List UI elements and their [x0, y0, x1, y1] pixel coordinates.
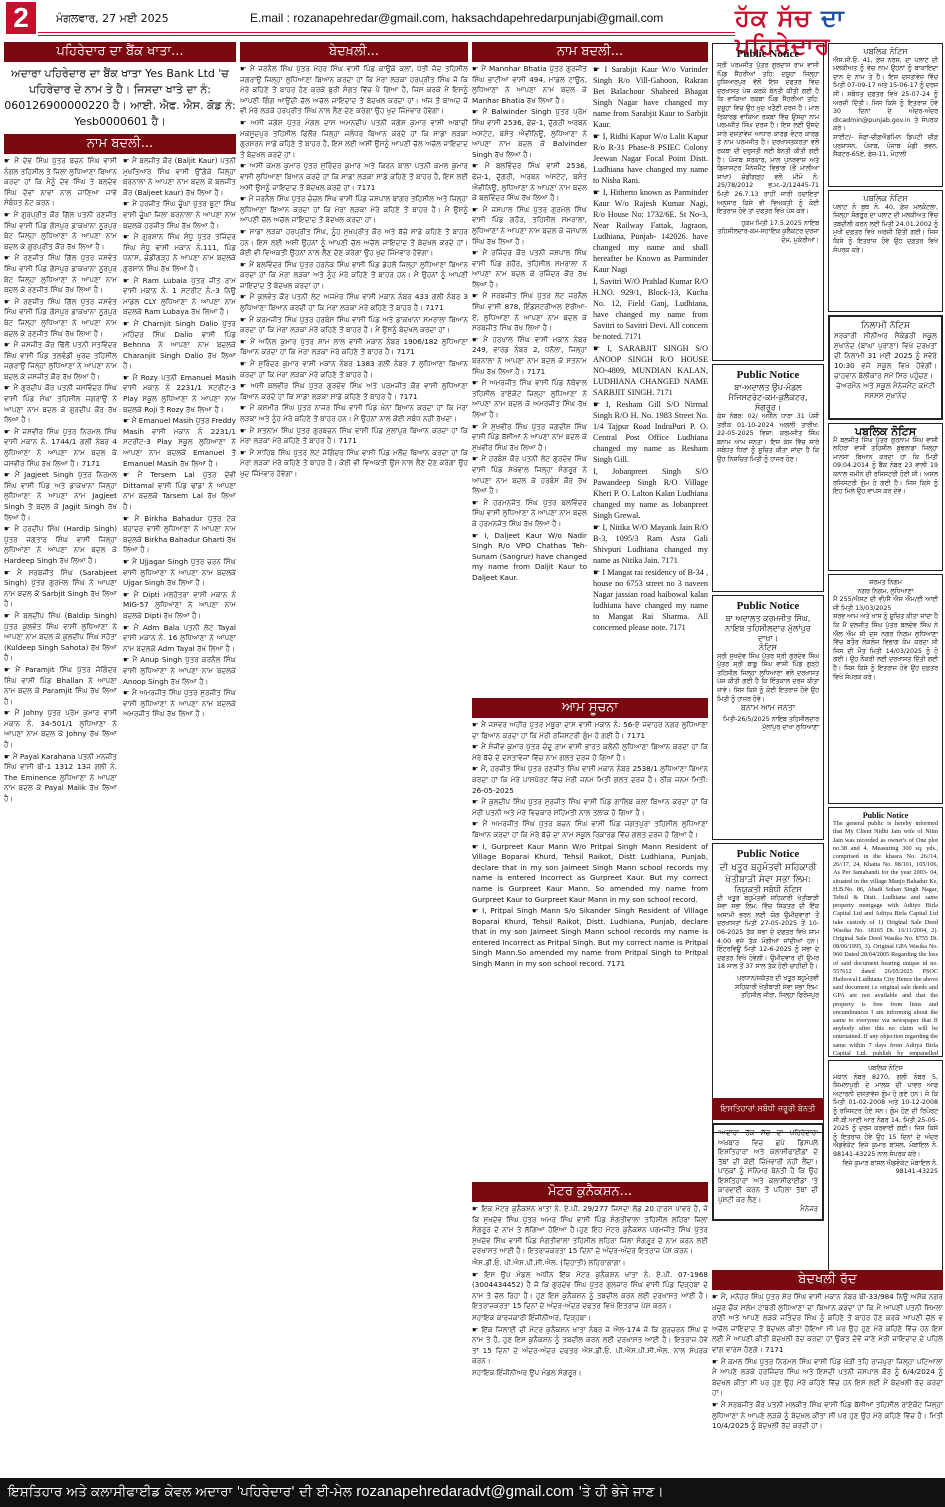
public-notice-2: Public Notice ਬਾ-ਅਦਾਲਤ ਉਪ-ਮੰਡਲ ਮੈਜਿਸਟਰੇਟ…: [712, 364, 824, 592]
classified-item: ☛ I, Pritpal Singh Mann S/o Sikander Sin…: [472, 906, 708, 970]
notice-subtitle: ਬਾ ਅਦਾਲਤ ਕਰਮਜੀਤ ਸਿੰਘ, ਨਾਇਬ ਤਹਿਸੀਲਦਾਰ ਮੁੱ…: [717, 614, 819, 644]
classified-item: ☛ ਮੈਂ ਹਰਪਾਲ ਸਿੰਘ ਵਾਸੀ ਮਕਾਨ ਨੰਬਰ 249, ਵਾਰ…: [472, 335, 587, 377]
column-name-change: ਪਹਿਰੇਦਾਰ ਦਾ ਬੈਂਕ ਖਾਤਾ... ਅਦਾਰਾ ਪਹਿਰੇਦਾਰ …: [4, 40, 236, 1476]
column-public-notices: Public Notice ਸ੍ਰੀ ਪਰਮਜੀਤ ਪੁੱਤਰ ਗੁਰਦਾਸ ਰ…: [712, 40, 824, 1220]
motor-connection-heading: ਮੋਟਰ ਕੁਨੈਕਸ਼ਨ...: [472, 1182, 708, 1202]
notice-subheading: ਨਿਯੁਕਤੀ ਸਬੰਧੀ ਨੋਟਿਸ: [717, 886, 819, 895]
classified-item: ☛ ਮੈਂ Emanuel Masih ਪੁੱਤਰ Freddy Masih ਵ…: [123, 416, 236, 469]
classified-item: ☛ ਮੈਂ ਸੁਰਿੰਦਰ ਕੁਮਾਰ ਵਾਸੀ ਮਕਾਨ ਨੰਬਰ 1383 …: [240, 359, 468, 380]
classified-item: ☛ ਮੈਂ Jagjeet Singh ਪੁੱਤਰ ਨਿਰਮਲ ਸਿੰਘ ਵਾਸ…: [4, 470, 117, 523]
disownment-list: ☛ ਮੈਂ ਜਰਨੈਲ ਸਿੰਘ ਪੁੱਤਰ ਮੇਹਰ ਸਿੰਘ ਵਾਸੀ ਪਿ…: [240, 64, 468, 480]
classified-item: ☛ ਮੈਂ ਰਜਿੰਦਰ ਕੌਰ ਪਤਨੀ ਜਸਪਾਲ ਸਿੰਘ ਵਾਸੀ ਪਿ…: [472, 248, 587, 290]
classified-item: ☛ ਮੈਂ ਜਰਨੈਲ ਸਿੰਘ ਪੁੱਤਰ ਚੰਚਲ ਸਿੰਘ ਵਾਸੀ ਪਿ…: [240, 194, 468, 226]
classified-item: ☛ ਮੈਂ ਹਰਦੀਪ ਸਿੰਘ (Hardip Singh) ਪੁੱਤਰ ਜਗ…: [4, 524, 117, 566]
classified-item: ☛ ਮੈਂ ਗੁਰਪ੍ਰੀਤ ਕੌਰ ਗਿੱਲ ਪਤਨੀ ਰਣਜੀਤ ਸਿੰਘ …: [4, 210, 117, 252]
classified-item: ☛ ਮੈਂ ਜਸਵੀਰ ਸਿੰਘ ਪੁੱਤਰ ਨਿਰਮਲ ਸਿੰਘ ਵਾਸੀ ਮ…: [4, 427, 117, 469]
classified-item: ☛ I, Hitherto known as Parminder Kaur W/…: [593, 187, 708, 275]
name-change-list-english: ☛ I Sarabjit Kaur W/o Varinder Singh R/o…: [593, 64, 708, 696]
classified-item: ☛ ਮੈਂ ਰਣਜੀਤ ਸਿੰਘ ਗਿੱਲ ਪੁੱਤਰ ਜਸਵੰਤ ਸਿੰਘ ਵ…: [4, 297, 117, 339]
name-change-list-left: ☛ ਮੈਂ ਦੇਵ ਸਿੰਘ ਪੁੱਤਰ ਬਚਨ ਸਿੰਘ ਵਾਸੀ ਨੰਗਲ …: [4, 156, 117, 806]
classified-item: ☛ ਮੈਂ, ਹਰਜੀਤ ਸਿੰਘ ਪੁੱਤਰ ਰਣਜੀਤ ਸਿੰਘ ਵਾਸੀ …: [472, 764, 708, 796]
notice-body: ਮੈਂ ਬਲਜੀਤ ਸਿੰਘ ਪੁੱਤਰ ਗੁਰਨਾਮ ਸਿੰਘ ਵਾਸੀ ਲਹ…: [833, 437, 938, 497]
classified-item: ☛ ਮੈਂ ਕੁਲਦੀਪ ਸਿੰਘ ਪੁੱਤਰ ਸੁਰਜੀਤ ਸਿੰਘ ਵਾਸੀ…: [472, 797, 708, 818]
bank-account-heading: ਪਹਿਰੇਦਾਰ ਦਾ ਬੈਂਕ ਖਾਤਾ...: [4, 42, 236, 62]
classified-item: ਐਸ.ਡੀ.ਓ. ਪੀ.ਐਸ.ਪੀ.ਸੀ.ਐਲ. (ਦਿਹਾਤੀ) ਲਹਿਰਾਗ…: [472, 1258, 708, 1269]
classified-item: ☛ ਮੈਂ ਬਲਦੀਪ ਸਿੰਘ (Baldip Singh) ਪੁੱਤਰ ਕੁ…: [4, 611, 117, 664]
classified-item: ☛ ਮੈਂ ਸਰਬਜੀਤ ਕੌਰ ਪਤਨੀ ਮਲਕੀਤ ਸਿੰਘ ਵਾਸੀ ਪਿ…: [712, 1400, 943, 1432]
notice-body: ਦੀ ਖਤੂਰ ਬਹੁਮੰਤਵੀ ਸਹਿਕਾਰੀ ਖੇਤੀਬਾੜੀ ਸੇਵਾ ਸ…: [717, 895, 819, 972]
disownment-cancel-heading: ਬੇਦਖਲੀ ਰੱਦ: [712, 1270, 943, 1290]
notice-title: Public Notice: [833, 812, 938, 820]
classified-item: ☛ ਮੈਂ ਗੁਰਦੀਪ ਕੌਰ ਪਤਨੀ ਜਸਵਿੰਦਰ ਸਿੰਘ ਵਾਸੀ …: [4, 383, 117, 425]
classified-item: I, Savitri W/O Prahlad Kumar R/O H.NO. 9…: [593, 276, 708, 342]
disownment-cancel-list: ☛ ਮੈਂ, ਮਨੋਹਰ ਸਿੰਘ ਪੁੱਤਰ ਸ਼ੇਰ ਸਿੰਘ ਵਾਸੀ ਮ…: [712, 1292, 943, 1432]
classified-item: ☛ ਮੈਂ ਜਸਵਰ ਅਹੀਰ ਪੁੱਤਰ ਮਥੂਰਾ ਦਾਸ ਵਾਸੀ ਮਕਾ…: [472, 720, 708, 741]
notice-title: Public Notice: [717, 48, 819, 60]
classified-item: ☛ I, Nitika W/O Mayank Jain R/O B-3, 109…: [593, 522, 708, 566]
logo-part-2: ਦਾ: [821, 4, 845, 32]
column-notices-right: ਪਬਲਿਕ ਨੋਟਿਸ ਐਸ.ਸੀ.ਓ. 41, ਫ਼ੇਜ਼ ਨਰਸ, ਦਾ ਪ…: [828, 40, 943, 1280]
header-rule: [38, 32, 735, 36]
notice-body: ਸ੍ਰੀ ਪਰਮਜੀਤ ਪੁੱਤਰ ਗੁਰਦਾਸ ਰਾਮ ਵਾਸੀ ਪਿੰਡ ਸ…: [717, 62, 819, 217]
classified-item: ☛ ਮੈਂ ਅਮਰਜੀਤ ਸਿੰਘ ਵਾਸੀ ਪਿੰਡ ਨੱਥੋਵਾਲ ਤਹਿਸ…: [472, 378, 587, 420]
request-signature: ਮੈਨੇਜਰ: [718, 1205, 818, 1215]
masthead: 2 ਮੰਗਲਵਾਰ, 27 ਮਈ 2025 E.mail : rozanapeh…: [0, 0, 945, 38]
notice-body: ਮਕਾਨ ਨੰਬਰ 8270, ਗਲੀ ਨੰਬਰ 5, ਸ਼ਿਮਲਾਪੁਰੀ ਦ…: [833, 1074, 938, 1160]
notice-subtitle: ਦੀ ਖਤੂਰ ਬਹੁਮੰਤਵੀ ਸਹਿਕਾਰੀ ਖੇਤੀਬਾੜੀ ਸੇਵਾ ਸ…: [717, 862, 819, 886]
name-change-heading: ਨਾਮ ਬਦਲੀ...: [4, 134, 236, 154]
classified-item: ☛ ਮੈਂ Dipti ਮਲਹੋਤਰਾ ਵਾਸੀ ਮਕਾਨ ਨੰ MIG-57 …: [123, 590, 236, 622]
notice-body: The general public is hereby informed th…: [833, 820, 938, 1057]
classified-item: ਸਹਾਇਕ ਕਾਰਜਕਾਰੀ ਇੰਜੀਨੀਅਰ, ਦਿੜ੍ਹਬਾ।: [472, 1313, 708, 1324]
general-notice-heading: ਆਮ ਸੂਚਨਾ: [472, 698, 708, 718]
notice-title: Public Notice: [717, 848, 819, 860]
auction-notice: ਨਿਲਾਮੀ ਨੋਟਿਸ ਸਰਕਾਰੀ ਸੀਨੀਅਰ ਸੈਕੰਡਰੀ ਸਕੂਲ …: [828, 315, 943, 420]
notice-body: ਕੇਸ ਨੰਬਰ: 02/ ਅਧੀਨ ਧਾਰਾ 31 ਪੇਸ਼ੀ ਤਰੀਕ 01…: [717, 413, 819, 465]
classified-item: ☛ I, Ridhi Kapur W/o Lalit Kapur R/o R-3…: [593, 131, 708, 186]
classified-item: ☛ ਮੈਂ ਦੇਵ ਸਿੰਘ ਪੁੱਤਰ ਬਚਨ ਸਿੰਘ ਵਾਸੀ ਨੰਗਲ …: [4, 156, 117, 209]
classified-item: ☛ ਮੈਂ ਹਰਜੀਤ ਸਿੰਘ ਚੂੰਘਾ ਪੁੱਤਰ ਬੂਟਾ ਸਿੰਘ ਵ…: [123, 199, 236, 231]
classified-item: ☛ I, Resham Gill S/O Nirmal Singh R/O H.…: [593, 399, 708, 465]
footer-text-end: 'ਤੇ ਹੀ ਭੇਜੇ ਜਾਣ।: [578, 1484, 663, 1500]
classified-item: ☛ ਮੈਂ Adm Bala ਪਤਨੀ ਲੇਟ Tayal ਵਾਸੀ ਮਕਾਨ …: [123, 623, 236, 655]
name-change-heading-2: ਨਾਮ ਬਦਲੀ...: [472, 42, 708, 62]
classified-item: ☛ ਮੈਂ ਕਮਲ ਸਿੰਘ ਪੁੱਤਰ ਨਿਰਮਲ ਸਿੰਘ ਵਾਸੀ ਪਿੰ…: [712, 1357, 943, 1399]
classified-item: ☛ I, SARABJIT SINGH S/O ANOOP SINGH R/O …: [593, 343, 708, 398]
classified-item: ☛ ਅਸੀਂ ਜਗੇਸ਼ ਪੁੱਤਰ ਮੰਗਲ ਦਾਸ ਅਮਨਦੀਪ ਪਤਨੀ …: [240, 118, 468, 160]
classified-item: ☛ ਮੈਂ Mannhar Bhatia ਪੁੱਤਰ ਗੁਰਜੀਤ ਸਿੰਘ ਭ…: [472, 64, 587, 106]
notice-title: ਨਿਲਾਮੀ ਨੋਟਿਸ: [834, 321, 937, 331]
classified-item: ☛ ਮੈਂ Payal Karahana ਪਤਨੀ ਮਨਜੀਤ ਸਿੰਘ ਵਾਸ…: [4, 752, 117, 805]
general-notice-list: ☛ ਮੈਂ ਜਸਵਰ ਅਹੀਰ ਪੁੱਤਰ ਮਥੂਰਾ ਦਾਸ ਵਾਸੀ ਮਕਾ…: [472, 720, 708, 1180]
public-notice-8: ਪਬਲਿਕ ਨੋਟਿਸ ਮਕਾਨ ਨੰਬਰ 8270, ਗਲੀ ਨੰਬਰ 5, …: [828, 1060, 943, 1278]
classified-item: ☛ ਮੈਂ ਗੁਰਸ਼ਾਨ ਸਿੰਘ ਸੰਧੂ ਪੁੱਤਰ ਤਜਿੰਦਰ ਸਿੰ…: [123, 232, 236, 274]
name-change-list-punjabi: ☛ ਮੈਂ Mannhar Bhatia ਪੁੱਤਰ ਗੁਰਜੀਤ ਸਿੰਘ ਭ…: [472, 64, 587, 696]
classified-item: ☛ ਮੈਂ ਹਰਮਨਜੋਤ ਸਿੰਘ ਪੁੱਤਰ ਬਲਵਿੰਦਰ ਸਿੰਘ ਵਾ…: [472, 498, 587, 530]
footer-banner: ਇਸ਼ਤਿਹਾਰ ਅਤੇ ਕਲਾਸੀਫਾਈਡ ਕੇਵਲ ਅਦਾਰਾ 'ਪਹਿਰੇ…: [0, 1478, 945, 1507]
column-name-change-2: ਨਾਮ ਬਦਲੀ... ☛ ਮੈਂ Mannhar Bhatia ਪੁੱਤਰ ਗ…: [472, 40, 708, 1476]
classified-item: ☛ ਮੈਂ ਅਮਰਜੀਤ ਸਿੰਘ ਪੁੱਤਰ ਬਚਨ ਸਿੰਘ ਵਾਸੀ ਪਿ…: [472, 819, 708, 840]
bank-account-text: ਅਦਾਰਾ ਪਹਿਰੇਦਾਰ ਦਾ ਬੈਂਕ ਖਾਤਾ Yes Bank Ltd…: [4, 64, 236, 132]
advert-request-body: 'ਅਦਾਰਾ ਹੱਕ ਸੱਚ ਦਾ ਪਹਿਰੇਦਾਰ' ਅਖ਼ਬਾਰ ਵਿਚ ਛ…: [712, 1123, 824, 1221]
notice-subtitle: ਨਗਰ ਨਿਗਮ, ਲੁਧਿਆਣਾ: [833, 588, 938, 597]
classified-item: ☛ ਮੈਂ ਕਸ਼ਮੀਰ ਸਿੰਘ ਪੁੱਤਰ ਨਾਜਰ ਸਿੰਘ ਵਾਸੀ ਪ…: [240, 403, 468, 424]
classified-item: ☛ ਮੈਂ Rozy ਪਤਨੀ Emanuel Masih ਵਾਸੀ ਮਕਾਨ …: [123, 373, 236, 415]
logo-part-1: ਹੱਕ ਸੱਚ: [735, 4, 812, 32]
public-notice-1: Public Notice ਸ੍ਰੀ ਪਰਮਜੀਤ ਪੁੱਤਰ ਗੁਰਦਾਸ ਰ…: [712, 43, 824, 361]
classified-item: ☛ ਮੈਂ ਸੰਜੀਵ ਕੁਮਾਰ ਪੁੱਤਰ ਚੰਦੂ ਰਾਮ ਵਾਸੀ ਭਾ…: [472, 742, 708, 763]
notice-footer: ਸਾਈਟ/- ਸੋਫ਼ਾ-ਚੀਫ਼ਐਡਮਿਨ ਡਿਪਟੀ ਚੀਫ਼ ਪ੍ਰਸ਼ਾ…: [833, 134, 938, 160]
disownment-cancel-section: ਬੇਦਖਲੀ ਰੱਦ ☛ ਮੈਂ, ਮਨੋਹਰ ਸਿੰਘ ਪੁੱਤਰ ਸ਼ੇਰ …: [712, 1268, 943, 1476]
advert-request-box: ਇਸ਼ਤਿਹਾਰਾਂ ਸਬੰਧੀ ਜ਼ਰੂਰੀ ਬੇਨਤੀ 'ਅਦਾਰਾ ਹੱਕ…: [712, 1096, 824, 1266]
classified-item: ☛ ਅਸੀਂ ਕਮਲ ਕੁਮਾਰ ਪੁੱਤਰ ਸੁਰਿੰਦਰ ਕੁਮਾਰ ਅਤੇ…: [240, 161, 468, 193]
column-disownment: ਬੇਦਖ਼ਲੀ... ☛ ਮੈਂ ਜਰਨੈਲ ਸਿੰਘ ਪੁੱਤਰ ਮੇਹਰ ਸ…: [240, 40, 468, 1476]
public-notice-4: Public Notice ਦੀ ਖਤੂਰ ਬਹੁਮੰਤਵੀ ਸਹਿਕਾਰੀ ਖ…: [712, 843, 824, 1133]
municipal-notice: ਸ਼ਰਮਤ ਨਿਗਮ ਨਗਰ ਨਿਗਮ, ਲੁਧਿਆਣਾ ਮੈਂ 255/ਐਸਟ…: [828, 574, 943, 804]
notice-footer: ਮਿਤੀ-26/5/2025 ਨਾਇਬ ਤਹਿਸੀਲਦਾਰ ਮੁੱਲਾਂਪੁਰ …: [717, 716, 819, 733]
classified-item: ☛ I, Gurpreet Kaur Mann W/o Pritpal Sing…: [472, 842, 708, 906]
notice-body: ਸਰਵ ਆਮ ਅਤੇ ਖਾਸ ਨੂੰ ਸੂਚਿਤ ਕੀਤਾ ਜਾਂਦਾ ਹੈ ਕ…: [833, 613, 938, 682]
classified-item: ☛ ਮੈਂ ਜਸਪਾਲ ਸਿੰਘ ਪੁੱਤਰ ਗੁਰਮੇਲ ਸਿੰਘ ਵਾਸੀ …: [472, 205, 587, 247]
notice-title: ਪਬਲਿਕ ਨੋਟਿਸ: [833, 195, 938, 204]
footer-text: ਇਸ਼ਤਿਹਾਰ ਅਤੇ ਕਲਾਸੀਫਾਈਡ ਕੇਵਲ ਅਦਾਰਾ 'ਪਹਿਰੇ…: [8, 1484, 352, 1500]
notice-footer: ਚੇਅਰਮੈਨ ਅਤੇ ਸਕੂਲ ਮੈਨੇਜਮੈਂਟ ਕਮੇਟੀ ਸਸਸਸ ਸੁ…: [834, 381, 937, 401]
classified-item: ☛ ਮੈਂ ਬਲਜੀਤ ਕੌਰ (Baljit Kaur) ਪਤਨੀ ਮੁਖਤਿ…: [123, 156, 236, 198]
classified-item: ☛ ਮੈਂ ਬਲਵਿੰਦਰ ਸਿੰਘ ਵਾਸੀ 2536, ਫੇਜ਼-1, ਦੁ…: [472, 161, 587, 203]
notice-body: ਐਸ.ਸੀ.ਓ. 41, ਫ਼ੇਜ਼ ਨਰਸ, ਦਾ ਪਲਾਟ ਦੀ ਮਲਕੀਅ…: [833, 57, 938, 134]
public-notice-english: Public Notice The general public is here…: [828, 807, 943, 1057]
name-change-list-right: ☛ ਮੈਂ ਬਲਜੀਤ ਕੌਰ (Baljit Kaur) ਪਤਨੀ ਮੁਖਤਿ…: [123, 156, 236, 806]
notice-title: Public Notice: [717, 600, 819, 612]
public-notice-6: ਪਬਲਿਕ ਨੋਟਿਸ ਪਲਾਟ ਨੰ ਬੁਥ ਨੰ. 40, ਫ਼ੇਜ਼ ਮਲ…: [828, 190, 943, 312]
classified-item: ☛ ਇਸ ਉਪ ਮੰਡਲ ਅਧੀਨ ਇੱਕ ਮੋਟਰ ਕੁਨੈਕਸ਼ਨ ਖਾਤਾ…: [472, 1270, 708, 1312]
classified-item: ☛ ਮੈਂ Anup Singh ਪੁੱਤਰ ਕਰਨੈਲ ਸਿੰਘ ਵਾਸੀ ਲ…: [123, 655, 236, 687]
request-text: 'ਅਦਾਰਾ ਹੱਕ ਸੱਚ ਦਾ ਪਹਿਰੇਦਾਰ' ਅਖ਼ਬਾਰ ਵਿਚ ਛ…: [718, 1129, 818, 1205]
classified-item: ☛ ਮੈਂ ਜਸਜੀਤ ਕੌਰ ਢਿੱਲੋਂ ਪਤਨੀ ਸਤਵਿੰਦਰ ਸਿੰਘ…: [4, 340, 117, 382]
classified-item: ☛ ਮੈਂ Ram Lubaia ਪੁੱਤਰ ਜੀਤ ਰਾਮ ਵਾਸੀ ਮਕਾਨ…: [123, 276, 236, 318]
notice-title: Public Notice: [717, 369, 819, 381]
classified-item: ☛ ਮੈਂ Ujjagar Singh ਪੁੱਤਰ ਚਰਨ ਸਿੰਘ ਵਾਸੀ …: [123, 557, 236, 589]
classified-item: ☛ I Sarabjit Kaur W/o Varinder Singh R/o…: [593, 64, 708, 130]
classified-item: ☛ ਇੱਕ ਜਿਲਾਈ ਦੀ ਮੋਟਰ ਕੁਨੈਕਸ਼ਨ ਖਾਤਾ ਨੰਬਰ ਜ…: [472, 1325, 708, 1367]
notice-title: ਸ਼ਰਮਤ ਨਿਗਮ: [833, 579, 938, 588]
notice-subheading: ਨੋਟਿਸ: [717, 644, 819, 653]
notice-title: ਪਬਲਿਕ ਨੋਟਿਸ: [833, 428, 938, 437]
disownment-heading: ਬੇਦਖ਼ਲੀ...: [240, 42, 468, 62]
classified-item: ☛ ਅਸੀਂ ਬਲਵੀਰ ਸਿੰਘ ਪੁੱਤਰ ਗੁਰਦੇਵ ਸਿੰਘ ਅਤੇ …: [240, 381, 468, 402]
notice-footer: ਹੁਕਮ ਮਿਤੀ 17.5.2025 ਨਾਇਬ ਤਹਿਸੀਲਦਾਰ-ਕਮ-ਸਹ…: [717, 220, 819, 246]
classified-item: ☛ ਮੈਂ ਕੁਲਵੰਤ ਕੌਰ ਪਤਨੀ ਲੇਟ ਅਜਮੇਰ ਸਿੰਘ ਵਾਸ…: [240, 292, 468, 313]
classified-item: ☛ ਮੈਂ ਸਤਨਾਮ ਸਿੰਘ ਪੁੱਤਰ ਗੁਰਬਚਨ ਸਿੰਘ ਵਾਸੀ …: [240, 426, 468, 447]
classified-item: ☛ ਮੈਂ Paramjit ਸਿੰਘ ਪੁੱਤਰ ਜੋਗਿੰਦਰ ਸਿੰਘ ਵ…: [4, 665, 117, 707]
notice-body: ਸ੍ਰੀ ਸੁਖਦੇਵ ਸਿੰਘ ਪੁੱਤਰ ਸ੍ਰੀ ਗੁਰਦੇਵ ਸਿੰਘ …: [717, 653, 819, 705]
public-notice-5: ਪਬਲਿਕ ਨੋਟਿਸ ਐਸ.ਸੀ.ਓ. 41, ਫ਼ੇਜ਼ ਨਰਸ, ਦਾ ਪ…: [828, 43, 943, 187]
classified-item: ☛ ਮੈਂ ਜਰਨੈਲ ਸਿੰਘ ਪੁੱਤਰ ਮੇਹਰ ਸਿੰਘ ਵਾਸੀ ਪਿ…: [240, 64, 468, 117]
classified-item: ☛ ਮੈਂ ਸਰਬਜੀਤ ਸਿੰਘ ਪੁੱਤਰ ਲੇਟ ਜਰਨੈਲ ਸਿੰਘ ਵ…: [472, 291, 587, 333]
notice-title: ਪਬਲਿਕ ਨੋਟਿਸ: [833, 48, 938, 57]
classified-item: ☛ ਮੈਂ ਸੁਖਵੀਰ ਸਿੰਘ ਪੁੱਤਰ ਜਗਦੀਸ਼ ਸਿੰਘ ਵਾਸੀ…: [472, 422, 587, 454]
footer-email-link[interactable]: rozanapehredaradvt@gmail.com: [356, 1483, 574, 1500]
motor-connection-list: ☛ ਇਕ ਮੋਟਰ ਕੁਨੈਕਸ਼ਨ ਖਾਤਾ ਨੰ. ਏ.ਪੀ. 29/277…: [472, 1204, 708, 1379]
classified-item: ☛ ਮੈਂ ਸਾਹਿਬ ਸਿੰਘ ਪੁੱਤਰ ਲੇਟ ਜੋਗਿੰਦਰ ਸਿੰਘ …: [240, 448, 468, 480]
classified-item: ☛ I, Daljeet Kaur W/o Nadir Singh R/o VP…: [472, 531, 587, 584]
notice-body: ਸਰਕਾਰੀ ਸੀਨੀਅਰ ਸੈਕੰਡਰੀ ਸਕੂਲ ਸੁਖਾਨੰਦ (ਬਾਘਾ…: [834, 331, 937, 381]
classified-item: ☛ ਮੈਂ ਅਮਰਜੀਤ ਸਿੰਘ ਪੁੱਤਰ ਸੁਰਜੀਤ ਸਿੰਘ ਵਾਸੀ…: [123, 688, 236, 720]
public-notice-3: Public Notice ਬਾ ਅਦਾਲਤ ਕਰਮਜੀਤ ਸਿੰਘ, ਨਾਇਬ…: [712, 595, 824, 840]
advert-request-heading: ਇਸ਼ਤਿਹਾਰਾਂ ਸਬੰਧੀ ਜ਼ਰੂਰੀ ਬੇਨਤੀ: [712, 1098, 824, 1120]
classified-item: ☛ ਮੈਂ Johny ਪੁੱਤਰ ਪ੍ਰੇਮ ਕੁਮਾਰ ਵਾਸੀ ਮਕਾਨ …: [4, 708, 117, 750]
notice-footer: ਪ੍ਰਧਾਨ/ਸਕੱਤਰ ਦੀ ਖਤੂਰ ਬਹੁਮੰਤਵੀ ਸਹਿਕਾਰੀ ਖੇ…: [717, 975, 819, 1001]
classified-item: ☛ ਸਾਡਾ ਲੜਕਾ ਹਰਪ੍ਰੀਤ ਸਿੰਘ, ਨੂੰਹ ਸੁਖਪ੍ਰੀਤ …: [240, 227, 468, 259]
classified-item: ☛ ਮੈਂ ਰਣਜੀਤ ਸਿੰਘ ਗਿੱਲ ਪੁੱਤਰ ਜਸਵੰਤ ਸਿੰਘ ਵ…: [4, 253, 117, 295]
notice-footer: ਵਿਜੇ ਕੁਮਾਰ ਬਾਂਸਲ ਐਡਵੋਕੇਟ ਮੋਬਾਇਲ ਨੰ. 9814…: [833, 1160, 938, 1177]
page-number: 2: [6, 2, 36, 34]
notice-ref: ਮੈਂ 255/ਐਸਟ ਦੀ ਵੀ/ਸੈ ਐਸ ਐਮ/ਈ ਆਈ ਜੀ ਮਿਤੀ …: [833, 596, 938, 613]
classified-item: ☛ ਮੈਂ ਹਰਬੰਸ ਕੌਰ ਪਤਨੀ ਲੇਟ ਗੁਰਦੇਵ ਸਿੰਘ ਵਾਸ…: [472, 454, 587, 496]
classified-item: ☛ ਮੈਂ Birkha Bahadur ਪੁੱਤਰ ਟੇਕ ਬਹਾਦਰ ਵਾਸ…: [123, 514, 236, 556]
classified-item: I, Jobanpreet Singh S/O Pawandeep Singh …: [593, 466, 708, 521]
classified-item: ☛ ਮੈਂ Charnjit Singh Dalio ਪੁੱਤਰ ਮਹਿੰਦਰ …: [123, 319, 236, 372]
classified-item: ☛ ਮੈਂ Tersem Lal ਪੁੱਤਰ ਦੇਵੀ Dittamal ਵਾਸ…: [123, 470, 236, 512]
public-notice-7: ਪਬਲਿਕ ਨੋਟਿਸ ਮੈਂ ਬਲਜੀਤ ਸਿੰਘ ਪੁੱਤਰ ਗੁਰਨਾਮ …: [828, 423, 943, 571]
classified-item: ☛ ਮੈਂ ਸਰਬਜੀਤ ਸਿੰਘ (Sarabjeet Singh) ਪੁੱਤ…: [4, 568, 117, 610]
classified-item: ☛ ਮੈਂ, ਮਨੋਹਰ ਸਿੰਘ ਪੁੱਤਰ ਸ਼ੇਰ ਸਿੰਘ ਵਾਸੀ ਮ…: [712, 1292, 943, 1356]
classified-item: ☛ ਮੈਂ ਅਨਿਲ ਕੁਮਾਰ ਪੁੱਤਰ ਸ਼ਾਮ ਲਾਲ ਵਾਸੀ ਮਕਾ…: [240, 337, 468, 358]
notice-title: ਪਬਲਿਕ ਨੋਟਿਸ: [833, 1065, 938, 1074]
notice-subtitle: ਬਾ-ਅਦਾਲਤ ਉਪ-ਮੰਡਲ ਮੈਜਿਸਟਰੇਟ-ਕਮ-ਕੁਲੈਕਟਰ, ਸ…: [717, 383, 819, 413]
header-email: E.mail : rozanapehredar@gmail.com, haksa…: [250, 11, 663, 25]
classified-item: ☛ ਇਕ ਮੋਟਰ ਕੁਨੈਕਸ਼ਨ ਖਾਤਾ ਨੰ. ਏ.ਪੀ. 29/277…: [472, 1204, 708, 1257]
classified-item: ☛ ਮੈਂ Balwinder Singh ਪੁੱਤਰ ਪ੍ਰੇਮ ਸਿੰਘ ਵ…: [472, 107, 587, 160]
classified-item: ☛ I Mangat rai residency of B-34 , house…: [593, 567, 708, 633]
notice-body: ਪਲਾਟ ਨੰ ਬੁਥ ਨੰ. 40, ਫ਼ੇਜ਼ ਮਲਕੋਟਲਾ, ਜਿਲ੍ਹ…: [833, 204, 938, 256]
classified-item: ☛ ਮੈਂ ਕਰਮਜੀਤ ਸਿੰਘ ਪੁੱਤਰ ਹਰਬੰਸ ਸਿੰਘ ਵਾਸੀ …: [240, 315, 468, 336]
classified-item: ☛ ਮੈਂ ਬਲਵਿੰਦਰ ਸਿੰਘ ਪੁੱਤਰ ਹਰਨੇਕ ਸਿੰਘ ਵਾਸੀ…: [240, 260, 468, 292]
issue-date: ਮੰਗਲਵਾਰ, 27 ਮਈ 2025: [56, 12, 169, 26]
notice-subheading: ਬਨਾਮ ਆਮ ਜਨਤਾ: [717, 704, 819, 713]
classified-item: ਸਹਾਇਕ ਇੰਜੀਨੀਅਰ ਉਪ ਮੰਡਲ ਸੰਗਰੂਰ।: [472, 1368, 708, 1379]
